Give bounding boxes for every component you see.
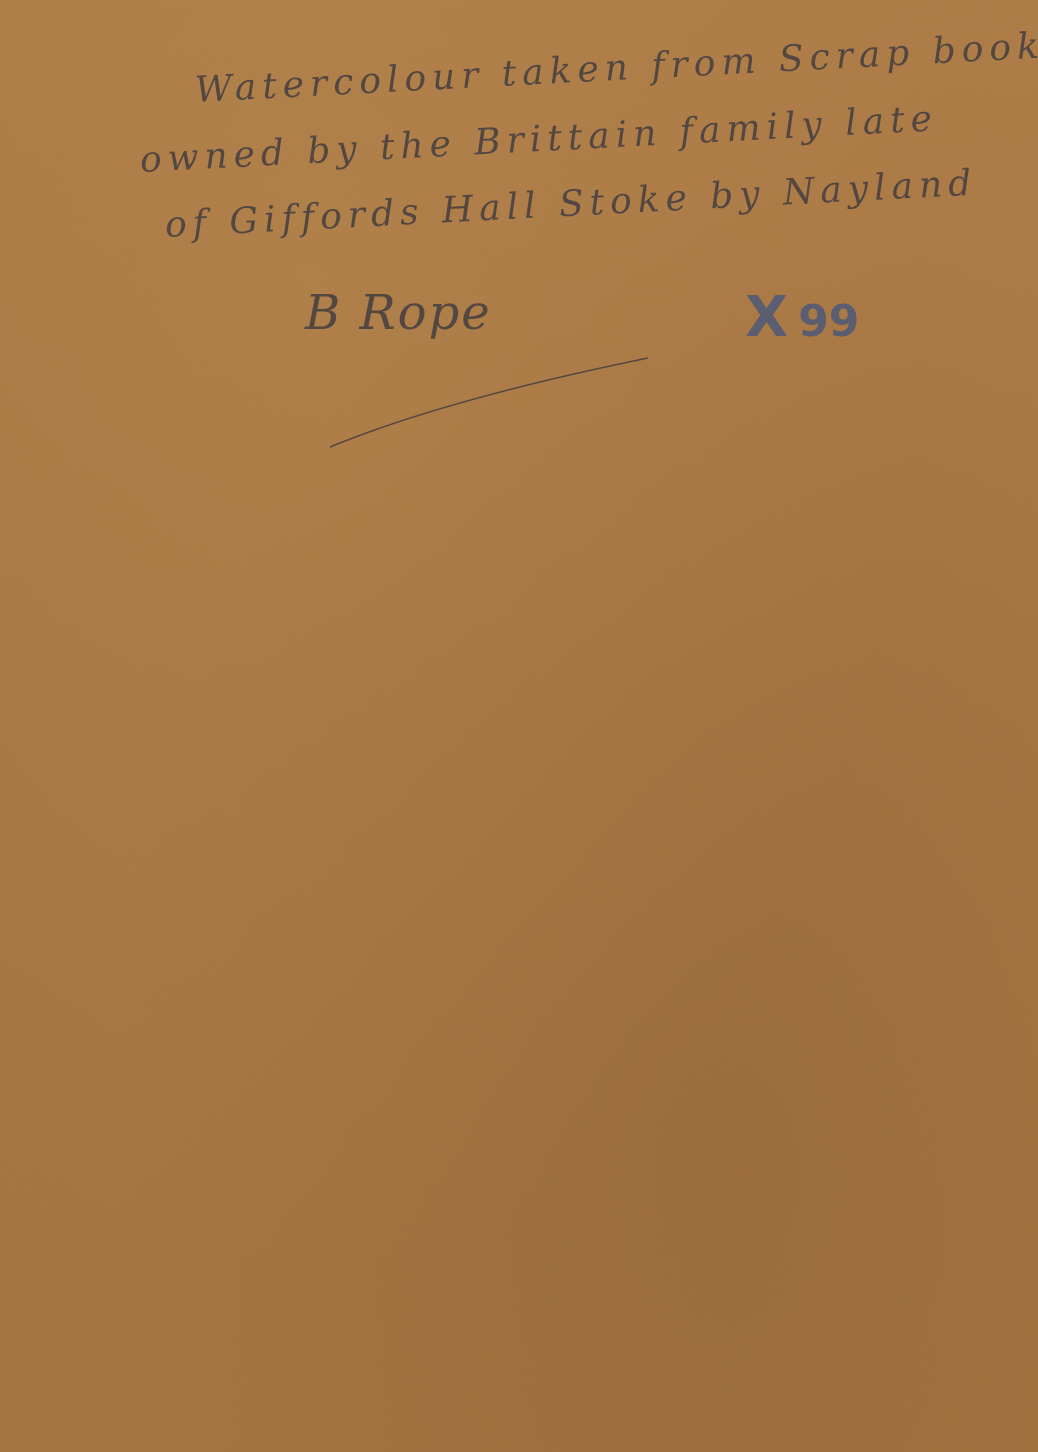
inventory-number: 99 [798,296,859,347]
signature: B Rope [305,285,492,341]
x-mark: X [745,285,788,350]
hardboard-back: Watercolour taken from Scrap book owned … [0,0,1038,1452]
inventory-mark: X99 [745,285,859,350]
